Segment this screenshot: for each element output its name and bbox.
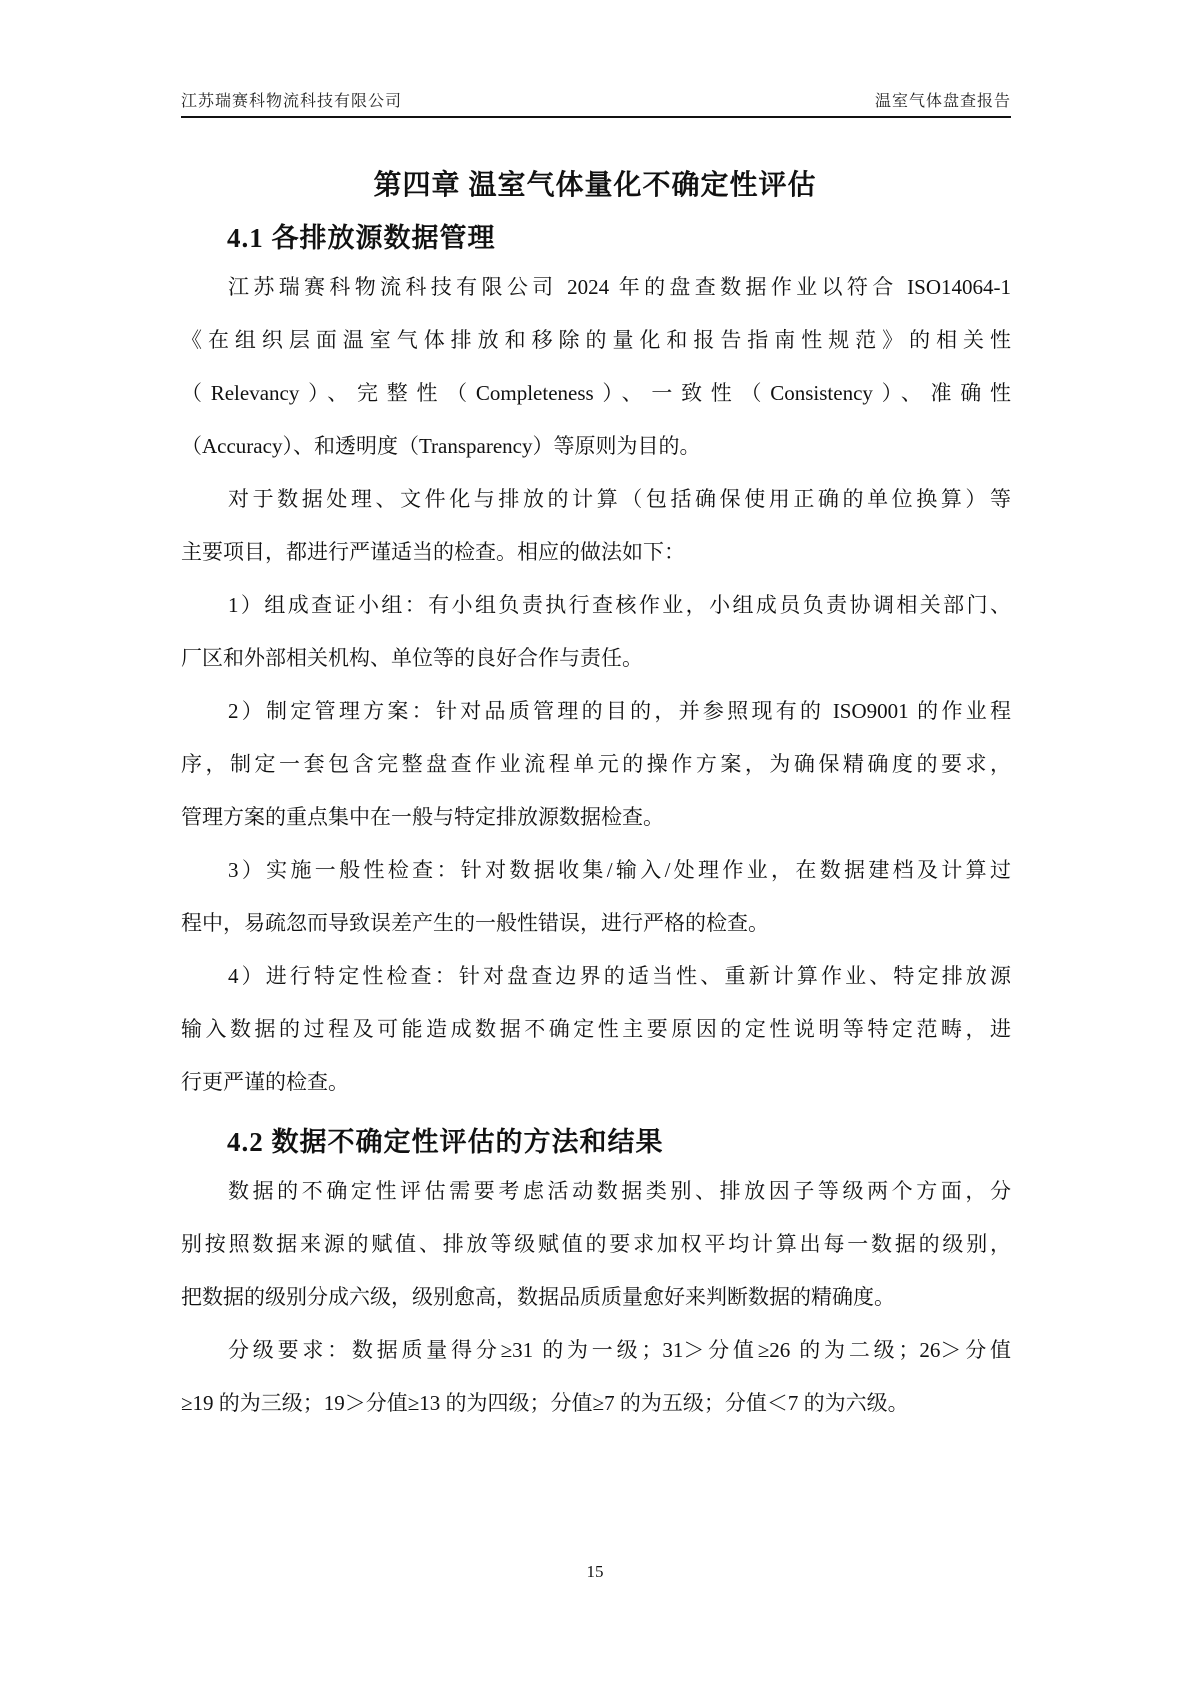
- paragraph-line: 《在组织层面温室气体排放和移除的量化和报告指南性规范》的相关性: [181, 325, 1011, 355]
- list-item-line: 4）进行特定性检查：针对盘查边界的适当性、重新计算作业、特定排放源: [228, 961, 1011, 991]
- paragraph-line: 别按照数据来源的赋值、排放等级赋值的要求加权平均计算出每一数据的级别，: [181, 1229, 1011, 1259]
- paragraph-line: 对于数据处理、文件化与排放的计算（包括确保使用正确的单位换算）等: [228, 484, 1011, 514]
- paragraph-line: 数据的不确定性评估需要考虑活动数据类别、排放因子等级两个方面，分: [228, 1176, 1011, 1206]
- paragraph-line: 主要项目，都进行严谨适当的检查。相应的做法如下：: [181, 537, 1011, 567]
- paragraph-line: （Accuracy）、和透明度（Transparency）等原则为目的。: [181, 431, 1011, 461]
- section-heading-4-1: 4.1 各排放源数据管理: [227, 216, 496, 255]
- paragraph-line: （Relevancy）、完整性（Completeness）、一致性（Consis…: [181, 378, 1011, 408]
- list-item-line: 2）制定管理方案：针对品质管理的目的，并参照现有的 ISO9001 的作业程: [228, 696, 1011, 726]
- paragraph-line: 分级要求：数据质量得分≥31 的为一级；31＞分值≥26 的为二级；26＞分值: [228, 1335, 1011, 1365]
- section-heading-4-2: 4.2 数据不确定性评估的方法和结果: [227, 1120, 664, 1159]
- list-item-line: 序，制定一套包含完整盘查作业流程单元的操作方案，为确保精确度的要求，: [181, 749, 1011, 779]
- paragraph-line: ≥19 的为三级；19＞分值≥13 的为四级；分值≥7 的为五级；分值＜7 的为…: [181, 1388, 1011, 1418]
- header-company: 江苏瑞赛科物流科技有限公司: [181, 88, 402, 111]
- page-number: 15: [0, 1562, 1190, 1582]
- header-report-title: 温室气体盘查报告: [875, 88, 1011, 111]
- paragraph-line: 江苏瑞赛科物流科技有限公司 2024 年的盘查数据作业以符合 ISO14064-…: [228, 272, 1011, 302]
- page-header: 江苏瑞赛科物流科技有限公司 温室气体盘查报告: [181, 88, 1011, 114]
- chapter-title: 第四章 温室气体量化不确定性评估: [0, 163, 1190, 203]
- list-item-line: 厂区和外部相关机构、单位等的良好合作与责任。: [181, 643, 1011, 673]
- paragraph-line: 把数据的级别分成六级，级别愈高，数据品质质量愈好来判断数据的精确度。: [181, 1282, 1011, 1312]
- list-item-line: 1）组成查证小组：有小组负责执行查核作业，小组成员负责协调相关部门、: [228, 590, 1011, 620]
- list-item-line: 管理方案的重点集中在一般与特定排放源数据检查。: [181, 802, 1011, 832]
- header-divider: [181, 116, 1011, 118]
- list-item-line: 输入数据的过程及可能造成数据不确定性主要原因的定性说明等特定范畴，进: [181, 1014, 1011, 1044]
- list-item-line: 行更严谨的检查。: [181, 1067, 1011, 1097]
- list-item-line: 3）实施一般性检查：针对数据收集/输入/处理作业，在数据建档及计算过: [228, 855, 1011, 885]
- document-page: 江苏瑞赛科物流科技有限公司 温室气体盘查报告 第四章 温室气体量化不确定性评估 …: [0, 0, 1190, 1683]
- list-item-line: 程中，易疏忽而导致误差产生的一般性错误，进行严格的检查。: [181, 908, 1011, 938]
